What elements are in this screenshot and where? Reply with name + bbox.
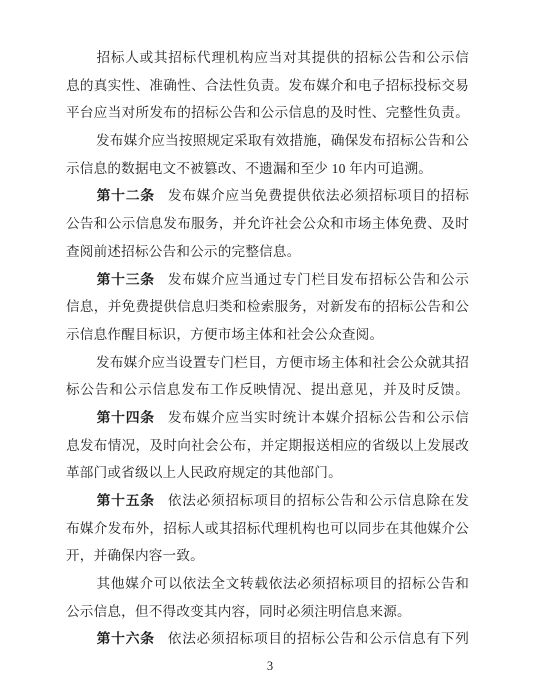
text-line: 发布媒介应当按照规定采取有效措施，确保发布招标公告和公 bbox=[66, 127, 469, 155]
line-text: 布媒介发布外，招标人或其招标代理机构也可以同步在其他媒介公 bbox=[66, 521, 469, 536]
text-line: 革部门或省级以上人民政府规定的其他部门。 bbox=[66, 459, 469, 487]
article-number: 第十六条 bbox=[96, 631, 155, 646]
text-line: 示信息作醒目标识，方便市场主体和社会公众查阅。 bbox=[66, 321, 469, 349]
text-line: 布媒介发布外，招标人或其招标代理机构也可以同步在其他媒介公 bbox=[66, 515, 469, 543]
line-text: 查阅前述招标公告和公示的完整信息。 bbox=[66, 244, 301, 259]
line-text: 发布媒介应当按照规定采取有效措施，确保发布招标公告和公 bbox=[96, 133, 469, 148]
text-line: 查阅前述招标公告和公示的完整信息。 bbox=[66, 238, 469, 266]
text-block: 招标人或其招标代理机构应当对其提供的招标公告和公示信 息的真实性、准确性、合法性… bbox=[66, 44, 469, 653]
line-text: 发布媒介应当免费提供依法必须招标项目的招标 bbox=[168, 188, 469, 203]
page-number: 3 bbox=[0, 658, 540, 674]
line-text: 息发布情况，及时向社会公布，并定期报送相应的省级以上发展改 bbox=[66, 438, 469, 453]
paragraph-indent bbox=[66, 199, 96, 200]
text-line: 第十五条依法必须招标项目的招标公告和公示信息除在发 bbox=[66, 487, 469, 515]
text-line: 开，并确保内容一致。 bbox=[66, 542, 469, 570]
line-text: 依法必须招标项目的招标公告和公示信息有下列 bbox=[168, 631, 469, 646]
line-text: 依法必须招标项目的招标公告和公示信息除在发 bbox=[168, 493, 469, 508]
line-text: 发布媒介应当设置专门栏目，方便市场主体和社会公众就其招 bbox=[96, 355, 469, 370]
paragraph-indent bbox=[66, 283, 96, 284]
article-number: 第十四条 bbox=[96, 410, 155, 425]
text-line: 公示信息，但不得改变其内容，同时必须注明信息来源。 bbox=[66, 598, 469, 626]
paragraph-indent bbox=[66, 504, 96, 505]
paragraph-indent bbox=[66, 144, 96, 145]
text-line: 平台应当对所发布的招标公告和公示信息的及时性、完整性负责。 bbox=[66, 99, 469, 127]
text-line: 示信息的数据电文不被篡改、不遗漏和至少 10 年内可追溯。 bbox=[66, 155, 469, 183]
article-number: 第十三条 bbox=[96, 272, 155, 287]
text-line: 息的真实性、准确性、合法性负责。发布媒介和电子招标投标交易 bbox=[66, 72, 469, 100]
text-line: 第十三条发布媒介应当通过专门栏目发布招标公告和公示 bbox=[66, 266, 469, 294]
paragraph-indent bbox=[66, 421, 96, 422]
text-line: 第十四条发布媒介应当实时统计本媒介招标公告和公示信 bbox=[66, 404, 469, 432]
text-line: 信息，并免费提供信息归类和检索服务，对新发布的招标公告和公 bbox=[66, 293, 469, 321]
text-line: 第十二条发布媒介应当免费提供依法必须招标项目的招标 bbox=[66, 182, 469, 210]
article-number: 第十二条 bbox=[96, 188, 155, 203]
line-text: 开，并确保内容一致。 bbox=[66, 548, 204, 563]
line-text: 标公告和公示信息发布工作反映情况、提出意见，并及时反馈。 bbox=[66, 382, 469, 397]
text-line: 公告和公示信息发布服务，并允许社会公众和市场主体免费、及时 bbox=[66, 210, 469, 238]
text-line: 其他媒介可以依法全文转载依法必须招标项目的招标公告和 bbox=[66, 570, 469, 598]
paragraph-indent bbox=[66, 587, 96, 588]
line-text: 发布媒介应当通过专门栏目发布招标公告和公示 bbox=[168, 272, 469, 287]
document-page: 招标人或其招标代理机构应当对其提供的招标公告和公示信 息的真实性、准确性、合法性… bbox=[0, 0, 540, 697]
line-text: 招标人或其招标代理机构应当对其提供的招标公告和公示信 bbox=[96, 50, 469, 65]
line-text: 平台应当对所发布的招标公告和公示信息的及时性、完整性负责。 bbox=[66, 105, 469, 120]
line-text: 示信息作醒目标识，方便市场主体和社会公众查阅。 bbox=[66, 327, 383, 342]
text-line: 招标人或其招标代理机构应当对其提供的招标公告和公示信 bbox=[66, 44, 469, 72]
line-text: 发布媒介应当实时统计本媒介招标公告和公示信 bbox=[168, 410, 469, 425]
line-text: 公告和公示信息发布服务，并允许社会公众和市场主体免费、及时 bbox=[66, 216, 469, 231]
paragraph-indent bbox=[66, 642, 96, 643]
line-text: 信息，并免费提供信息归类和检索服务，对新发布的招标公告和公 bbox=[66, 299, 469, 314]
line-text: 息的真实性、准确性、合法性负责。发布媒介和电子招标投标交易 bbox=[66, 78, 469, 93]
text-line: 发布媒介应当设置专门栏目，方便市场主体和社会公众就其招 bbox=[66, 349, 469, 377]
line-text: 其他媒介可以依法全文转载依法必须招标项目的招标公告和 bbox=[96, 576, 469, 591]
paragraph-indent bbox=[66, 61, 96, 62]
text-line: 息发布情况，及时向社会公布，并定期报送相应的省级以上发展改 bbox=[66, 432, 469, 460]
line-text: 公示信息，但不得改变其内容，同时必须注明信息来源。 bbox=[66, 604, 411, 619]
line-text: 革部门或省级以上人民政府规定的其他部门。 bbox=[66, 465, 342, 480]
text-line: 标公告和公示信息发布工作反映情况、提出意见，并及时反馈。 bbox=[66, 376, 469, 404]
paragraph-indent bbox=[66, 366, 96, 367]
article-number: 第十五条 bbox=[96, 493, 155, 508]
line-text: 示信息的数据电文不被篡改、不遗漏和至少 10 年内可追溯。 bbox=[66, 161, 432, 176]
text-line: 第十六条依法必须招标项目的招标公告和公示信息有下列 bbox=[66, 625, 469, 653]
